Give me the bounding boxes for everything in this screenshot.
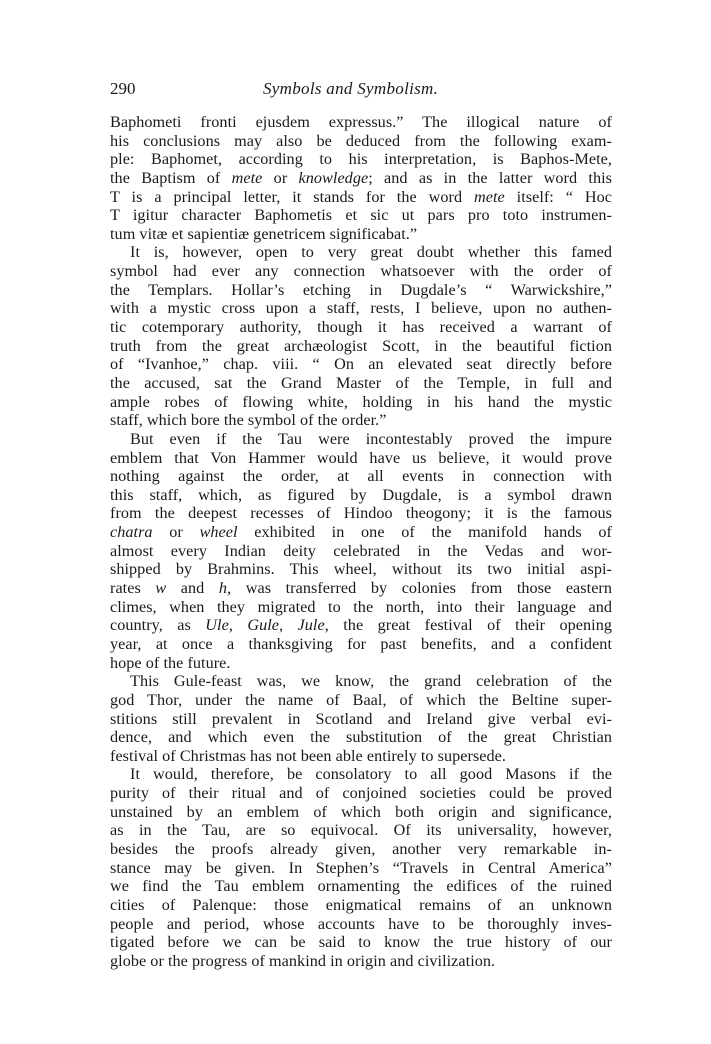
text-line: hope of the future. xyxy=(110,654,612,673)
text-run: rates xyxy=(110,579,155,597)
page-number: 290 xyxy=(110,78,136,100)
book-page: 290 Symbols and Symbolism. Baphometi fro… xyxy=(110,78,612,970)
text-line: tum vitæ et sapientiæ genetricem signifi… xyxy=(110,225,612,244)
italic-text: Ule, Gule, Jule xyxy=(205,616,324,634)
text-line: this staff, which, as figured by Dugdale… xyxy=(110,486,612,505)
text-line: from the deepest recesses of Hindoo theo… xyxy=(110,504,612,523)
text-line: chatra or wheel exhibited in one of the … xyxy=(110,523,612,542)
text-line: purity of their ritual and of conjoined … xyxy=(110,784,612,803)
text-run: ; and as in the latter word this xyxy=(368,169,612,187)
text-line: climes, when they migrated to the north,… xyxy=(110,598,612,617)
text-line: emblem that Von Hammer would have us bel… xyxy=(110,449,612,468)
text-line: god Thor, under the name of Baal, of whi… xyxy=(110,691,612,710)
italic-text: knowledge xyxy=(299,169,369,187)
text-line: the Templars. Hollar’s etching in Dugdal… xyxy=(110,281,612,300)
text-line: rates w and h, was transferred by coloni… xyxy=(110,579,612,598)
text-line: It is, however, open to very great doubt… xyxy=(110,243,612,262)
text-line: But even if the Tau were incontestably p… xyxy=(110,430,612,449)
text-line: globe or the progress of mankind in orig… xyxy=(110,952,612,971)
text-run: exhibited in one of the manifold hands o… xyxy=(238,523,612,541)
text-line: tic cotemporary authority, though it has… xyxy=(110,318,612,337)
text-line: This Gule-feast was, we know, the grand … xyxy=(110,672,612,691)
text-run: or xyxy=(153,523,200,541)
text-line: tigated before we can be said to know th… xyxy=(110,933,612,952)
running-head: 290 Symbols and Symbolism. xyxy=(110,78,612,100)
text-line: shipped by Brahmins. This wheel, without… xyxy=(110,560,612,579)
text-line: dence, and which even the substitution o… xyxy=(110,728,612,747)
text-line: T is a principal letter, it stands for t… xyxy=(110,188,612,207)
text-line: nothing against the order, at all events… xyxy=(110,467,612,486)
text-run: country, as xyxy=(110,616,205,634)
text-line: almost every Indian deity celebrated in … xyxy=(110,542,612,561)
text-line: people and period, whose accounts have t… xyxy=(110,915,612,934)
text-line: as in the Tau, are so equivocal. Of its … xyxy=(110,821,612,840)
text-line: we find the Tau emblem ornamenting the e… xyxy=(110,877,612,896)
italic-text: wheel xyxy=(200,523,238,541)
text-line: unstained by an emblem of which both ori… xyxy=(110,803,612,822)
italic-text: chatra xyxy=(110,523,153,541)
text-line: year, at once a thanksgiving for past be… xyxy=(110,635,612,654)
paragraph: But even if the Tau were incontestably p… xyxy=(110,430,612,672)
text-line: stance may be given. In Stephen’s “Trave… xyxy=(110,859,612,878)
text-line: stitions still prevalent in Scotland and… xyxy=(110,710,612,729)
text-line: ample robes of flowing white, holding in… xyxy=(110,393,612,412)
text-run: T is a principal letter, it stands for t… xyxy=(110,188,474,206)
text-line: It would, therefore, be consolatory to a… xyxy=(110,765,612,784)
italic-text: mete xyxy=(474,188,505,206)
paragraph: This Gule-feast was, we know, the grand … xyxy=(110,672,612,765)
paragraph: It is, however, open to very great doubt… xyxy=(110,243,612,429)
text-line: of “Ivanhoe,” chap. viii. “ On an elevat… xyxy=(110,355,612,374)
text-line: festival of Christmas has not been able … xyxy=(110,747,612,766)
text-line: country, as Ule, Gule, Jule, the great f… xyxy=(110,616,612,635)
text-run: and xyxy=(166,579,219,597)
text-run: the Baptism of xyxy=(110,169,232,187)
text-line: symbol had ever any connection whatsoeve… xyxy=(110,262,612,281)
italic-text: w xyxy=(155,579,166,597)
text-run: , the great festival of their opening xyxy=(325,616,612,634)
text-line: the Baptism of mete or knowledge; and as… xyxy=(110,169,612,188)
italic-text: h xyxy=(219,579,227,597)
paragraph: It would, therefore, be consolatory to a… xyxy=(110,765,612,970)
running-title: Symbols and Symbolism. xyxy=(263,78,438,100)
text-line: cities of Palenque: those enigmatical re… xyxy=(110,896,612,915)
text-line: truth from the great archæologist Scott,… xyxy=(110,337,612,356)
text-line: his conclusions may also be deduced from… xyxy=(110,132,612,151)
text-line: Baphometi fronti ejusdem expressus.” The… xyxy=(110,113,612,132)
text-line: the accused, sat the Grand Master of the… xyxy=(110,374,612,393)
text-line: staff, which bore the symbol of the orde… xyxy=(110,411,612,430)
text-line: T igitur character Baphometis et sic ut … xyxy=(110,206,612,225)
text-run: or xyxy=(262,169,298,187)
text-run: , was transferred by colonies from those… xyxy=(227,579,612,597)
text-run: itself: “ Hoc xyxy=(505,188,612,206)
text-line: ple: Baphomet, according to his interpre… xyxy=(110,150,612,169)
body-text: Baphometi fronti ejusdem expressus.” The… xyxy=(110,113,612,970)
paragraph: Baphometi fronti ejusdem expressus.” The… xyxy=(110,113,612,243)
italic-text: mete xyxy=(232,169,263,187)
text-line: besides the proofs already given, anothe… xyxy=(110,840,612,859)
text-line: with a mystic cross upon a staff, rests,… xyxy=(110,299,612,318)
